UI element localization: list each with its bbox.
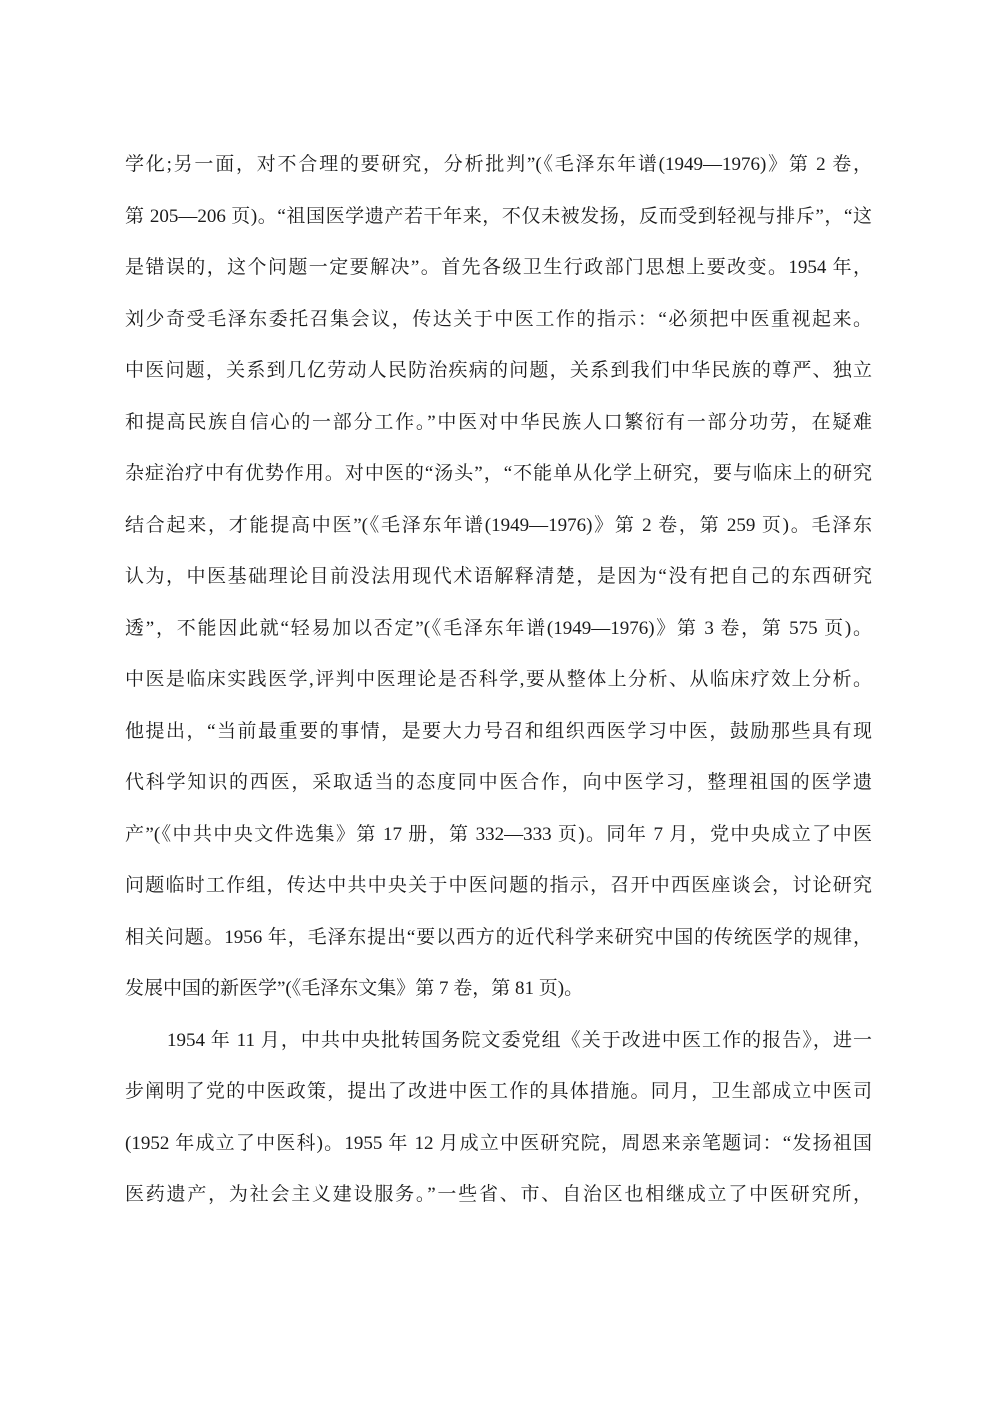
text-line: 中医问题，关系到几亿劳动人民防治疾病的问题，关系到我们中华民族的尊严、独立 <box>125 345 872 397</box>
text-line: 医药遗产，为社会主义建设服务。”一些省、市、自治区也相继成立了中医研究所， <box>125 1169 872 1221</box>
text-line: 杂症治疗中有优势作用。对中医的“汤头”，“不能单从化学上研究，要与临床上的研究 <box>125 448 872 500</box>
text-line: 学化;另一面，对不合理的要研究，分析批判”(《毛泽东年谱(1949—1976)》… <box>125 139 872 191</box>
text-line: 步阐明了党的中医政策，提出了改进中医工作的具体措施。同月，卫生部成立中医司 <box>125 1066 872 1118</box>
text-line: 中医是临床实践医学,评判中医理论是否科学,要从整体上分析、从临床疗效上分析。 <box>125 654 872 706</box>
text-line: 问题临时工作组，传达中共中央关于中医问题的指示，召开中西医座谈会，讨论研究 <box>125 860 872 912</box>
text-line: (1952 年成立了中医科)。1955 年 12 月成立中医研究院，周恩来亲笔题… <box>125 1118 872 1170</box>
text-line: 相关问题。1956 年，毛泽东提出“要以西方的近代科学来研究中国的传统医学的规律… <box>125 912 872 964</box>
text-line: 认为，中医基础理论目前没法用现代术语解释清楚，是因为“没有把自己的东西研究 <box>125 551 872 603</box>
text-line: 1954 年 11 月，中共中央批转国务院文委党组《关于改进中医工作的报告》，进… <box>125 1015 872 1067</box>
text-line: 结合起来，才能提高中医”(《毛泽东年谱(1949—1976)》第 2 卷，第 2… <box>125 500 872 552</box>
text-line: 刘少奇受毛泽东委托召集会议，传达关于中医工作的指示：“必须把中医重视起来。 <box>125 294 872 346</box>
document-page: 学化;另一面，对不合理的要研究，分析批判”(《毛泽东年谱(1949—1976)》… <box>0 0 992 1403</box>
text-line: 和提高民族自信心的一部分工作。”中医对中华民族人口繁衍有一部分功劳，在疑难 <box>125 397 872 449</box>
text-line: 第 205—206 页)。“祖国医学遗产若干年来，不仅未被发扬，反而受到轻视与排… <box>125 191 872 243</box>
text-line: 发展中国的新医学”(《毛泽东文集》第 7 卷，第 81 页)。 <box>125 963 872 1015</box>
text-line: 代科学知识的西医，采取适当的态度同中医合作，向中医学习，整理祖国的医学遗 <box>125 757 872 809</box>
text-line: 产”(《中共中央文件选集》第 17 册，第 332—333 页)。同年 7 月，… <box>125 809 872 861</box>
text-line: 是错误的，这个问题一定要解决”。首先各级卫生行政部门思想上要改变。1954 年， <box>125 242 872 294</box>
text-line: 透”，不能因此就“轻易加以否定”(《毛泽东年谱(1949—1976)》第 3 卷… <box>125 603 872 655</box>
document-text-block: 学化;另一面，对不合理的要研究，分析批判”(《毛泽东年谱(1949—1976)》… <box>125 139 872 1221</box>
text-line: 他提出，“当前最重要的事情，是要大力号召和组织西医学习中医，鼓励那些具有现 <box>125 706 872 758</box>
